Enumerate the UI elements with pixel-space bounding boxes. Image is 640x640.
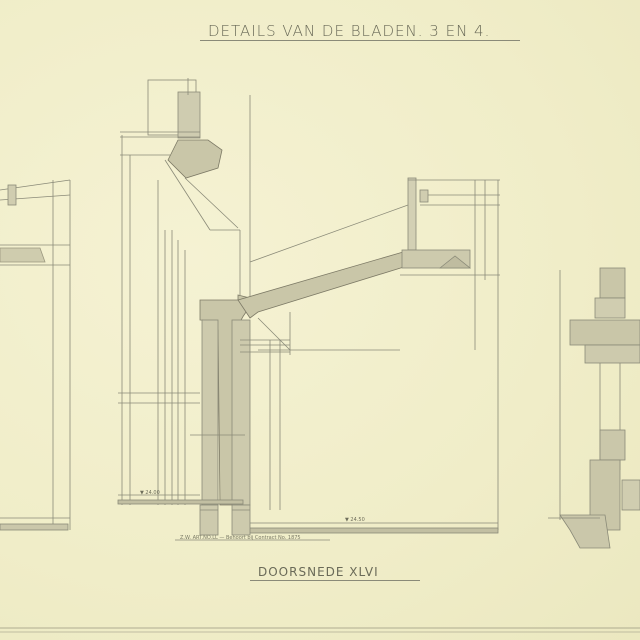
caption-underline <box>250 580 420 581</box>
main-section <box>118 78 500 540</box>
left-partial-section <box>0 180 70 530</box>
contract-note: Z.W. ART.NO.LL — Behoort bij Contract No… <box>180 535 301 541</box>
level-mark-right: ▼ 24.50 <box>345 517 365 523</box>
architectural-drawing <box>0 0 640 640</box>
title-underline <box>200 40 520 41</box>
right-partial-section <box>548 268 640 548</box>
drawing-title: DETAILS VAN DE BLADEN. 3 EN 4. <box>208 22 490 40</box>
section-caption: DOORSNEDE XLVI <box>258 565 379 579</box>
level-mark-left: ▼ 24.00 <box>140 490 160 496</box>
